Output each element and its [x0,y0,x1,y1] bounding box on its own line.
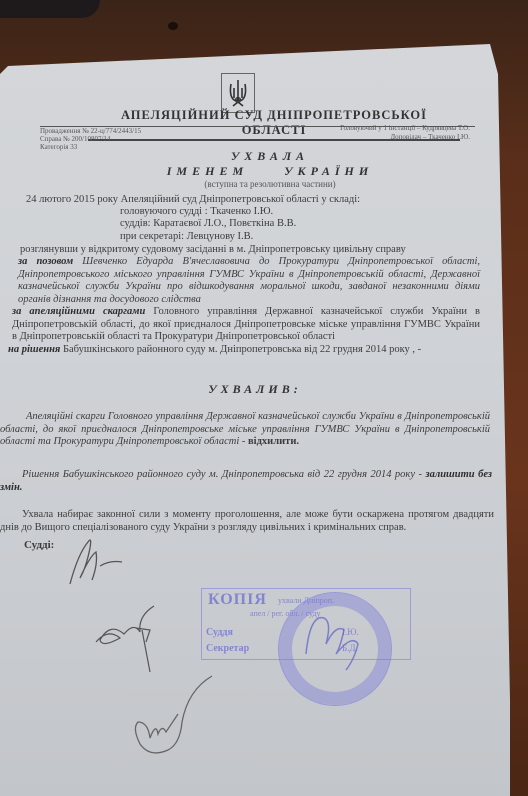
ruling-2-text: Рішення Бабушкінського районного суду м.… [22,469,422,480]
presiding-judge: головуючого судді : Ткаченко І.Ю. [120,206,273,219]
background-shadow [0,0,100,18]
ruling-3: Ухвала набирає законної сили з моменту п… [0,509,494,534]
signature-1 [60,534,140,594]
heading-in-the-name-of-ukraine: ІМЕНЕМ УКРАЇНИ [100,164,440,179]
rapporteur: Доповідач – Ткаченко І.Ю. [305,133,470,142]
signature-3 [128,672,218,772]
judges-label: Судді: [24,539,54,552]
ruling-1-verdict: відхилити. [248,436,299,447]
ruling-3-text: Ухвала набирає законної сили з моменту п… [0,509,494,533]
panel-judges: суддів: Каратаєвої Л.О., Повєткіна В.В. [120,218,296,231]
ruling-1-text: Апеляційні скарги Головного управління Д… [0,411,490,447]
stamp-signature [296,604,376,674]
case-number: Справа № 200/10807/14 [40,135,141,143]
claim-paragraph: за позовом Шевченко Едуарда В'ячеславови… [18,256,480,306]
first-instance-judge: Головуючий у 1 інстанції – Кудрявцева Т.… [305,124,470,133]
stamp-secretary-label: Секретар [206,643,249,654]
stamp-title: КОПІЯ [208,591,267,609]
claim-text: Шевченко Едуарда В'ячеславовича до Проку… [18,256,480,305]
date-line: 24 лютого 2015 року Апеляційний суд Дніп… [26,194,360,207]
appeals-paragraph: за апеляційними скаргами Головного управ… [12,306,480,344]
trident-coat-of-arms-icon [221,73,255,113]
secretary: при секретарі: Левцунову І.В. [120,231,253,244]
proceeding-number: Провадження № 22-ц/774/2443/15 [40,127,141,135]
heading-subtitle: (вступна та резолютивна частини) [100,179,440,189]
ruled-heading: УХВАЛИВ: [0,382,510,397]
claim-label: за позовом [18,256,73,267]
judges-meta: Головуючий у 1 інстанції – Кудрявцева Т.… [305,124,470,142]
considering-line: розглянувши у відкритому судовому засіда… [20,244,406,257]
document-heading: УХВАЛА ІМЕНЕМ УКРАЇНИ (вступна та резолю… [100,149,440,189]
ruling-1: Апеляційні скарги Головного управління Д… [0,411,490,449]
heading-ukhvala: УХВАЛА [100,149,440,164]
ruling-2: Рішення Бабушкінського районного суду м.… [0,469,492,494]
stamp-judge-label: Суддя [206,627,233,638]
decision-ref-text: Бабушкінського районного суду м. Дніпроп… [63,344,421,355]
court-document-page: АПЕЛЯЦІЙНИЙ СУД ДНІПРОПЕТРОВСЬКОЇ ОБЛАСТ… [0,44,510,796]
wood-knot [168,22,178,30]
appeals-label: за апеляційними скаргами [12,306,145,317]
case-meta: Провадження № 22-ц/774/2443/15 Справа № … [40,127,141,151]
signature-2 [90,602,180,672]
decision-ref-label: на рішення [8,344,60,355]
decision-ref-paragraph: на рішення Бабушкінського районного суду… [8,344,421,357]
